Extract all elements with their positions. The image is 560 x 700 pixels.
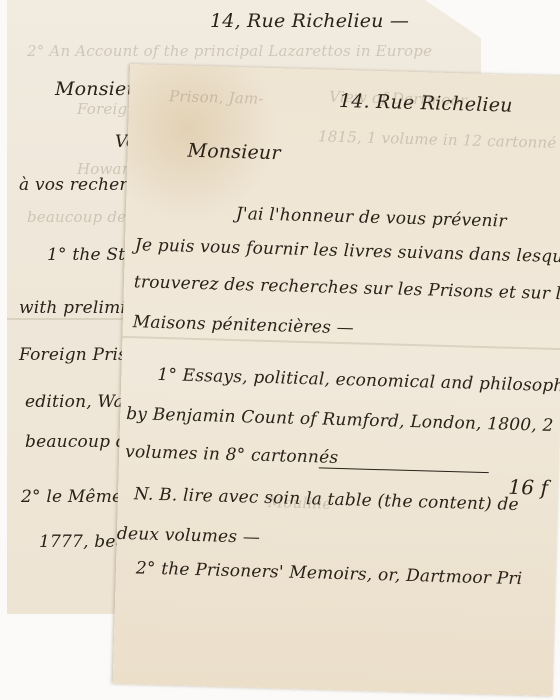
back-line: with prelimin xyxy=(19,298,137,318)
front-line: trouverez des recherches sur les Prisons… xyxy=(134,272,560,304)
price-leader-rule xyxy=(319,467,489,473)
front-line: by Benjamin Count of Rumford, London, 18… xyxy=(126,404,554,436)
front-line: Maisons pénitencières — xyxy=(133,312,355,338)
front-line: J'ai l'honneur de vous prévenir xyxy=(236,204,507,232)
front-line: 2° the Prisoners' Memoirs, or, Dartmoor … xyxy=(136,558,523,589)
back-faint-line: 2° An Account of the principal Lazaretto… xyxy=(27,42,432,60)
back-line: 1° the Sta xyxy=(47,245,136,265)
front-line: deux volumes — xyxy=(117,524,261,548)
front-faint-line: 1815, 1 volume in 12 cartonné xyxy=(318,127,557,152)
front-address: 14. Rue Richelieu xyxy=(339,90,513,117)
front-salutation: Monsieur xyxy=(187,140,281,165)
front-letter-page: Prison, Jam- View of Dartmoor 14. Rue Ri… xyxy=(113,64,560,696)
front-line: 1° Essays, political, economical and phi… xyxy=(157,365,560,396)
front-line: volumes in 8° cartonnés xyxy=(125,442,339,468)
front-faint-line: Prison, Jam- xyxy=(169,87,264,108)
front-line: Je puis vous fournir les livres suivans … xyxy=(135,235,560,267)
back-line: 2° le Même xyxy=(21,487,122,507)
back-address: 14, Rue Richelieu — xyxy=(210,10,409,32)
